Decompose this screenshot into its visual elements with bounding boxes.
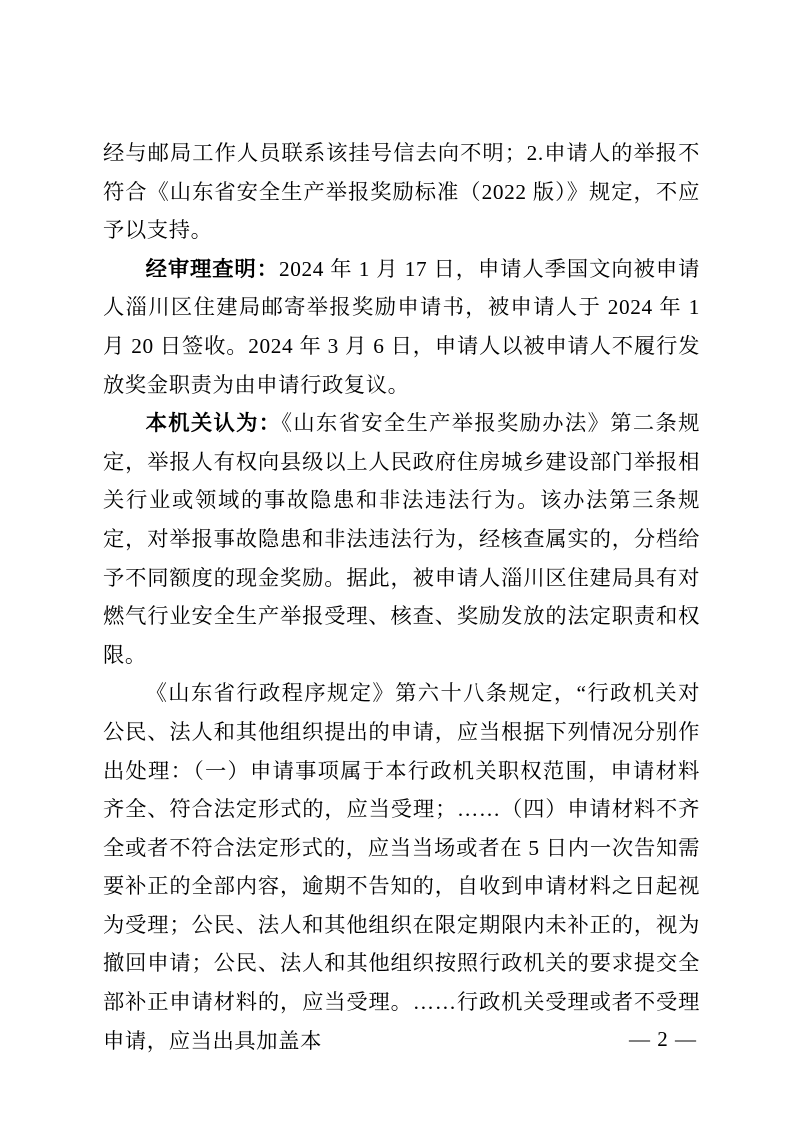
document-body: 经与邮局工作人员联系该挂号信去向不明；2.申请人的举报不符合《山东省安全生产举报…: [103, 134, 700, 1060]
paragraph-regulation: 《山东省行政程序规定》第六十八条规定，“行政机关对公民、法人和其他组织提出的申请…: [103, 674, 700, 1060]
page-number: — 2 —: [629, 1027, 697, 1051]
paragraph-findings: 经审理查明：2024 年 1 月 17 日，申请人季国文向被申请人淄川区住建局邮…: [103, 250, 700, 404]
paragraph-text: 经与邮局工作人员联系该挂号信去向不明；2.申请人的举报不符合《山东省安全生产举报…: [103, 141, 700, 242]
page-footer: — 2 —: [629, 1026, 697, 1052]
paragraph-text: 《山东省安全生产举报奖励办法》第二条规定，举报人有权向县级以上人民政府住房城乡建…: [103, 411, 700, 667]
document-page: 经与邮局工作人员联系该挂号信去向不明；2.申请人的举报不符合《山东省安全生产举报…: [0, 0, 794, 1123]
paragraph-lead: 本机关认为：: [146, 411, 282, 435]
paragraph-lead: 经审理查明：: [146, 257, 279, 281]
paragraph-continuation: 经与邮局工作人员联系该挂号信去向不明；2.申请人的举报不符合《山东省安全生产举报…: [103, 134, 700, 250]
paragraph-opinion: 本机关认为：《山东省安全生产举报奖励办法》第二条规定，举报人有权向县级以上人民政…: [103, 404, 700, 674]
paragraph-text: 《山东省行政程序规定》第六十八条规定，“行政机关对公民、法人和其他组织提出的申请…: [103, 681, 700, 1052]
